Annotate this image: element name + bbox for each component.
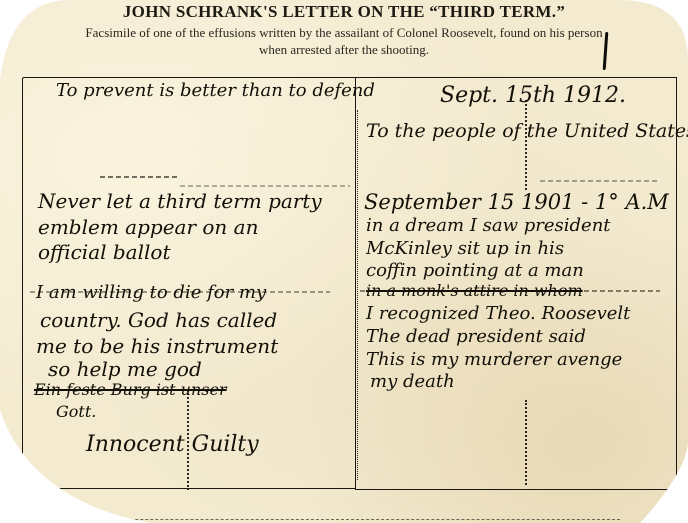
paragraph-third-term-line-1: Never let a third term party bbox=[38, 189, 322, 213]
caption-line-1: Facsimile of one of the effusions writte… bbox=[0, 24, 688, 41]
fold-line-right-lower bbox=[525, 400, 527, 485]
dream-line-6: I recognized Theo. Roosevelt bbox=[366, 303, 630, 324]
paragraph-willing-line-3: me to be his instrument bbox=[36, 334, 278, 358]
clipping-headline: JOHN SCHRANK'S LETTER ON THE “THIRD TERM… bbox=[0, 2, 688, 22]
paragraph-willing-line-2: country. God has called bbox=[40, 308, 277, 332]
dream-line-9: my death bbox=[370, 371, 455, 392]
letter-motto: To prevent is better than to defend bbox=[56, 80, 375, 101]
clipping-caption: Facsimile of one of the effusions writte… bbox=[0, 24, 688, 58]
paper-clipping: JOHN SCHRANK'S LETTER ON THE “THIRD TERM… bbox=[0, 0, 688, 523]
dream-line-4: coffin pointing at a man bbox=[366, 260, 584, 281]
paragraph-willing-line-4: so help me god bbox=[48, 357, 202, 381]
dream-line-5: in a monk's attire in whom bbox=[366, 281, 583, 300]
paragraph-third-term-line-3: official ballot bbox=[38, 240, 170, 264]
dream-line-7: The dead president said bbox=[366, 326, 586, 347]
german-hymn-line-1: Ein feste Burg ist unser bbox=[34, 380, 227, 399]
dream-line-1: September 15 1901 - 1° A.M bbox=[364, 190, 669, 214]
bottom-rule bbox=[60, 519, 620, 520]
letter-salutation: To the people of the United States bbox=[366, 120, 688, 142]
scratch-mark bbox=[540, 180, 660, 182]
dream-line-3: McKinley sit up in his bbox=[366, 238, 564, 259]
signature-innocent-guilty: Innocent Guilty bbox=[86, 432, 259, 457]
dream-line-2: in a dream I saw president bbox=[366, 215, 611, 236]
german-hymn-line-2: Gott. bbox=[56, 402, 96, 421]
edge-dots bbox=[357, 110, 358, 480]
fold-line-right bbox=[525, 100, 527, 190]
scratch-mark bbox=[180, 185, 350, 187]
caption-line-2: when arrested after the shooting. bbox=[0, 41, 688, 58]
paragraph-third-term-line-2: emblem appear on an bbox=[38, 215, 258, 239]
scratch-mark bbox=[100, 176, 180, 178]
letter-date: Sept. 15th 1912. bbox=[440, 83, 626, 108]
dream-line-8: This is my murderer avenge bbox=[366, 349, 622, 370]
paragraph-willing-line-1: I am willing to die for my bbox=[36, 282, 266, 303]
